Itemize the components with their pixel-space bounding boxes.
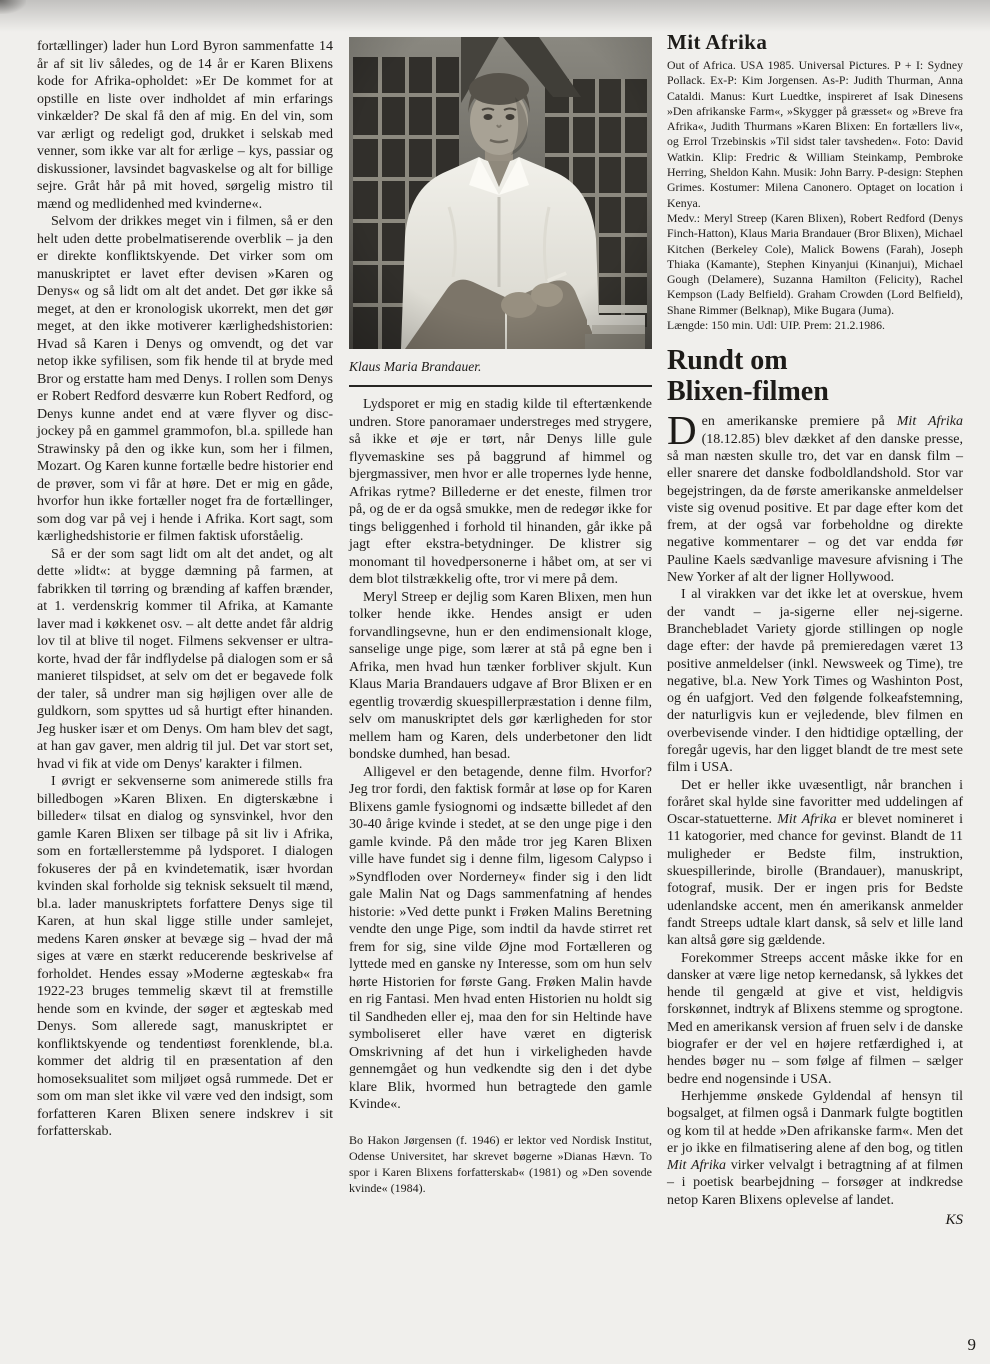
text-run: en amerikanske premiere på (702, 414, 897, 429)
author-bio-footnote: Bo Hakon Jørgensen (f. 1946) er lektor v… (349, 1132, 652, 1196)
paragraph: Alligevel er den betagende, denne film. … (349, 764, 652, 1114)
paragraph: Lydsporet er mig en stadig kilde til eft… (349, 396, 652, 589)
article-body: Den amerikanske premiere på Mit Afrika (… (667, 413, 963, 1209)
right-column: Mit Afrika Out of Africa. USA 1985. Univ… (667, 30, 963, 1230)
author-initials: KS (667, 1212, 963, 1230)
middle-column: Klaus Maria Brandauer. Lydsporet er mig … (349, 37, 652, 1196)
text-run: er blevet nomineret i 11 katogorier, med… (667, 812, 963, 948)
scan-shadow-corner (0, 0, 26, 14)
paragraph: Så er der som sagt lidt om alt det andet… (37, 546, 333, 774)
scan-shadow-top (0, 0, 990, 32)
film-still: Klaus Maria Brandauer. (349, 37, 652, 375)
article-title-line1: Rundt om (667, 345, 788, 376)
page-number: 9 (968, 1335, 977, 1355)
middle-column-text: Lydsporet er mig en stadig kilde til eft… (349, 396, 652, 1114)
film-title: Mit Afrika (667, 30, 963, 54)
paragraph: Herhjemme ønskede Gyldendal af hensyn ti… (667, 1088, 963, 1209)
divider-rule (349, 385, 652, 387)
article-title: Rundt omBlixen-filmen (667, 345, 963, 407)
paragraph: Meryl Streep er dejlig som Karen Blixen,… (349, 589, 652, 764)
italic-text-run: Mit Afrika (897, 414, 963, 429)
text-run: Så er der som sagt lidt om alt det andet… (37, 547, 333, 772)
drop-cap: D (667, 413, 702, 446)
paragraph: Den amerikanske premiere på Mit Afrika (… (667, 413, 963, 586)
text-run: fortællinger) lader hun Lord Byron samme… (37, 39, 333, 212)
film-cast: Medv.: Meryl Streep (Karen Blixen), Robe… (667, 211, 963, 318)
article-title-line2: Blixen-filmen (667, 376, 829, 407)
film-length-line: Længde: 150 min. Udl: UIP. Prem: 21.2.19… (667, 318, 963, 333)
text-run: Herhjemme ønskede Gyldendal af hensyn ti… (667, 1089, 963, 1156)
text-run: I øvrigt er sekvenserne som animerede st… (37, 774, 333, 1139)
magazine-page: fortællinger) lader hun Lord Byron samme… (0, 0, 990, 1364)
text-run: Lydsporet er mig en stadig kilde til eft… (349, 397, 652, 587)
paragraph: Det er heller ikke uvæsentligt, når bran… (667, 777, 963, 950)
paragraph: fortællinger) lader hun Lord Byron samme… (37, 38, 333, 213)
paragraph: Selvom der drikkes meget vin i filmen, s… (37, 213, 333, 546)
photo-caption: Klaus Maria Brandauer. (349, 358, 652, 375)
text-run: Alligevel er den betagende, denne film. … (349, 765, 652, 1113)
italic-text-run: Mit Afrika (667, 1158, 726, 1173)
film-credits: Out of Africa. USA 1985. Universal Pictu… (667, 58, 963, 211)
paragraph: Forekommer Streeps accent måske ikke for… (667, 950, 963, 1088)
text-run: Meryl Streep er dejlig som Karen Blixen,… (349, 590, 652, 763)
brandauer-portrait-photo (349, 37, 652, 349)
paragraph: I øvrigt er sekvenserne som animerede st… (37, 773, 333, 1141)
left-column: fortællinger) lader hun Lord Byron samme… (37, 38, 333, 1141)
italic-text-run: Mit Afrika (777, 812, 836, 827)
paragraph: I al virakken var det ikke let at oversk… (667, 586, 963, 776)
text-run: Selvom der drikkes meget vin i filmen, s… (37, 214, 333, 544)
text-run: I al virakken var det ikke let at oversk… (667, 587, 963, 775)
text-run: Forekommer Streeps accent måske ikke for… (667, 951, 963, 1087)
text-run: (18.12.85) blev dækket af den danske pre… (667, 432, 963, 585)
